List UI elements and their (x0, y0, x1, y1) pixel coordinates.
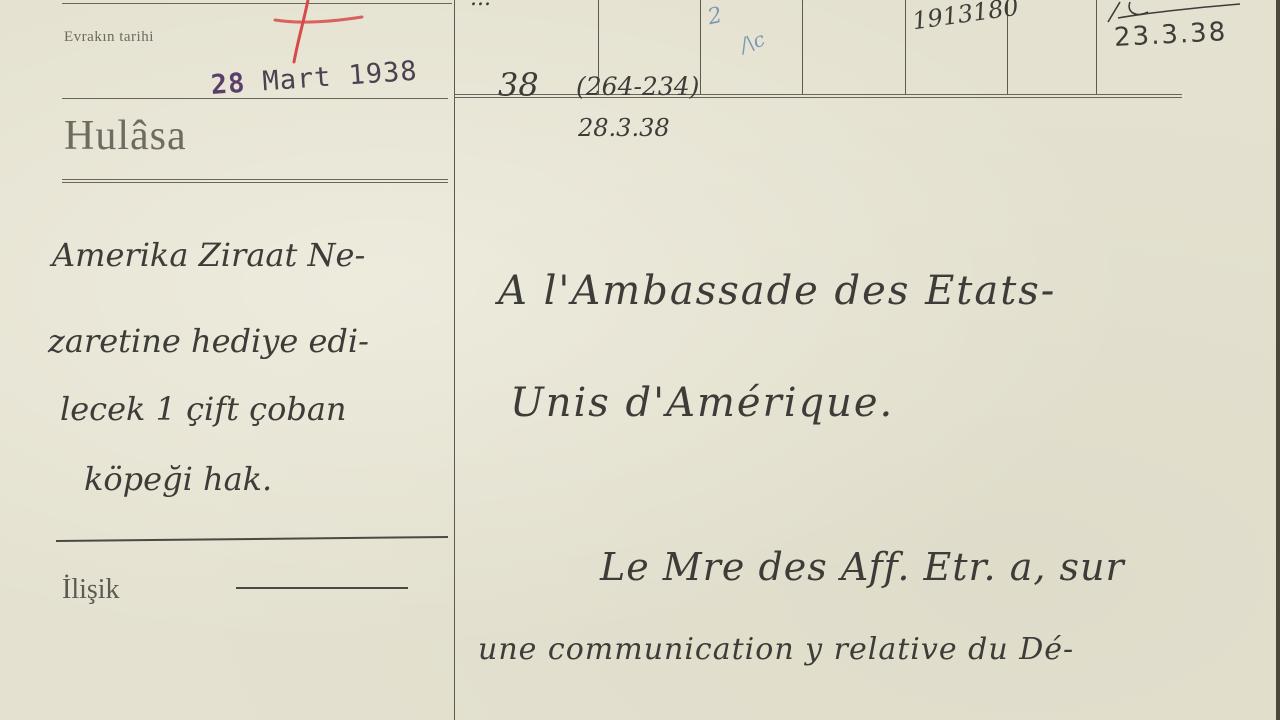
table-bottom-rule (454, 94, 1182, 98)
summary-heading: Hulâsa (64, 112, 187, 160)
stamp-day: 28 (210, 68, 247, 101)
document-page: Evrakın tarihi 28 Mart 1938 Hulâsa ... 2… (0, 0, 1280, 720)
letter-body-line-1: Le Mre des Aff. Etr. a, sur (600, 545, 1125, 589)
document-date-label: Evrakın tarihi (64, 29, 154, 46)
summary-line-3: lecek 1 çift çoban (60, 390, 347, 428)
table-col-divider-4 (905, 0, 906, 95)
table-cell-blue-note-2: /\c (737, 27, 768, 58)
table-cell-registry-number: 1913180 (911, 0, 1021, 35)
letter-address-line-1: A l'Ambassade des Etats- (498, 268, 1056, 314)
received-date-stamp: 28 Mart 1938 (210, 56, 419, 101)
table-col-divider-6 (1096, 0, 1097, 95)
summary-line-1: Amerika Ziraat Ne- (52, 236, 365, 274)
table-col-divider-2 (700, 0, 701, 95)
summary-line-4: köpeği hak. (84, 460, 272, 498)
rule-below-hulasa (62, 179, 448, 183)
attachment-label: İlişik (62, 574, 120, 606)
reference-range: (264-234) (576, 72, 699, 101)
letter-body-line-2: une communication y relative du Dé- (478, 632, 1074, 667)
summary-end-rule (56, 536, 448, 542)
table-cell-date: 23.3.38 (1113, 17, 1228, 53)
summary-line-2: zaretine hediye edi- (48, 322, 369, 360)
reference-number: 38 (498, 66, 539, 104)
table-divider-main (454, 0, 455, 720)
rule-above-hulasa (62, 98, 448, 99)
top-rule-left (62, 3, 452, 4)
table-cell-partial-text: ... (470, 0, 491, 11)
scan-edge-shadow (1276, 0, 1280, 720)
letter-address-line-2: Unis d'Amérique. (510, 380, 894, 426)
attachment-blank-line (236, 587, 408, 589)
table-col-divider-3 (802, 0, 803, 95)
reference-date: 28.3.38 (578, 114, 670, 142)
table-cell-blue-note-1: 2 (706, 3, 725, 30)
